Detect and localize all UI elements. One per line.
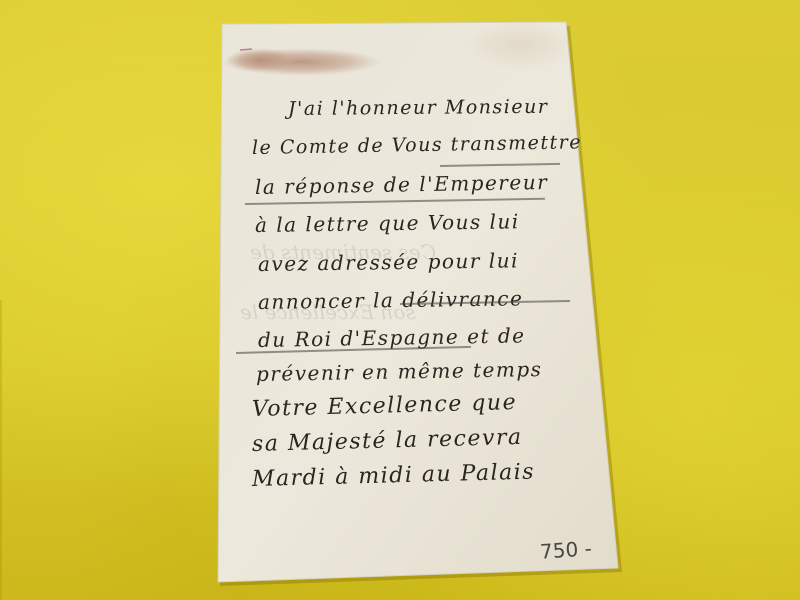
letter-line-4: à la lettre que Vous lui [255, 209, 520, 237]
letter-line-1: J'ai l'honneur Monsieur [288, 96, 549, 120]
pencil-price-note: 750 - [539, 536, 592, 564]
letter-line-8: prévenir en même temps [256, 357, 543, 386]
letter-line-6: annoncer la délivrance [258, 286, 524, 314]
letter-sheet: Ces sentiments de son Excellence le J'ai… [0, 0, 800, 600]
letter-line-3: la réponse de l'Empereur [255, 170, 549, 199]
letter-line-5: avez adressée pour lui [258, 248, 519, 276]
